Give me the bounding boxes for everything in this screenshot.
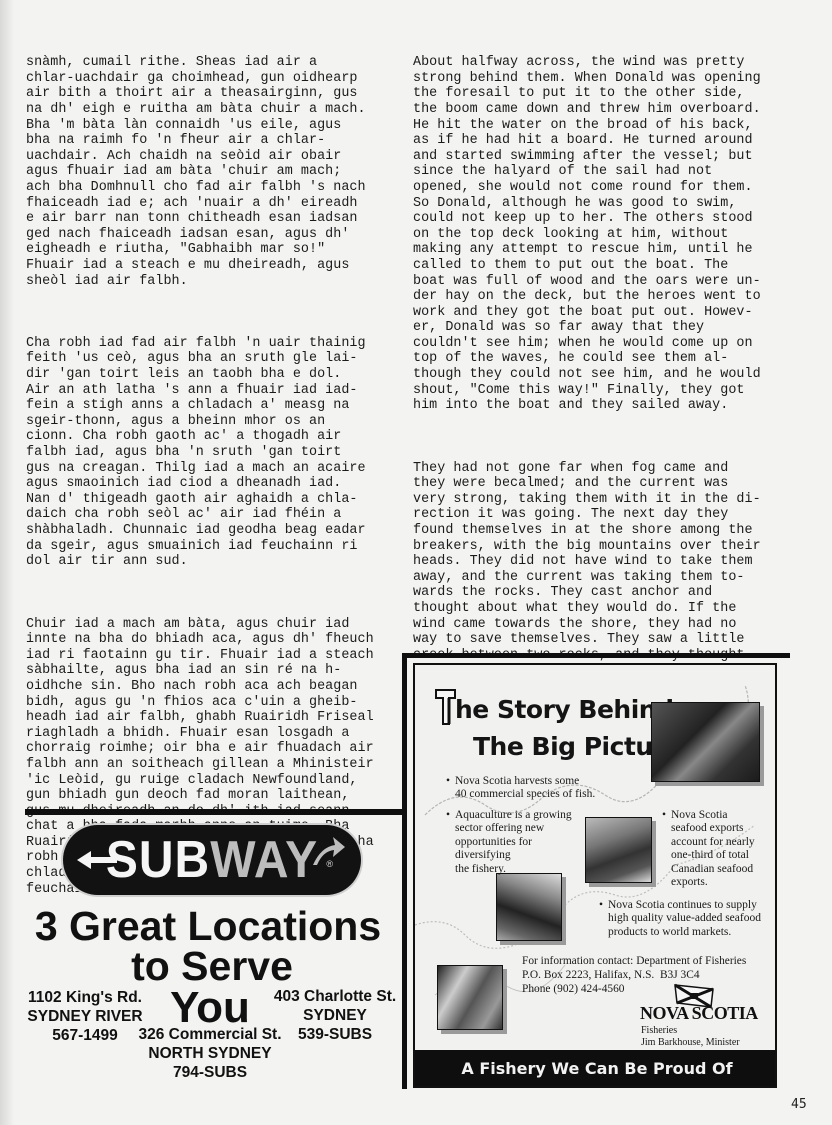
text-line: the boom came down and threw him overboa… bbox=[413, 102, 761, 118]
bullet-exports: •Nova Scotia seafood exports account for… bbox=[671, 809, 755, 889]
text-line: him into the boat and they sailed away. bbox=[413, 398, 761, 414]
text-line: wind came towards the shore, they had no bbox=[413, 617, 761, 633]
gaelic-text-column: snàmh, cumail rithe. Sheas iad air achla… bbox=[26, 24, 374, 928]
title-initial-t bbox=[435, 689, 457, 725]
text-line: Nan d' thigeadh gaoth air aghaidh a chla… bbox=[26, 492, 374, 508]
photo-fish-plant-worker bbox=[437, 965, 503, 1030]
ad-slogan-banner: A Fishery We Can Be Proud Of bbox=[415, 1050, 777, 1086]
text-line: thought about what they would do. If the bbox=[413, 601, 761, 617]
text-line: work and they got the boat put out. Howe… bbox=[413, 305, 761, 321]
ad-title-line-2: The Big Picture bbox=[473, 732, 681, 761]
text-line: innte na bha do bhiadh aca, agus dh' fhe… bbox=[26, 632, 374, 648]
text-line: found themselves in at the shore among t… bbox=[413, 523, 761, 539]
text-line: gus na creagan. Thilg iad a mach an acai… bbox=[26, 461, 374, 477]
text-line: der hay on the deck, but the heroes went… bbox=[413, 289, 761, 305]
paragraph: Cha robh iad fad air falbh 'n uair thain… bbox=[26, 336, 374, 570]
text-line: They had not gone far when fog came and bbox=[413, 461, 761, 477]
text-line: air bith a thoirt air a theasairginn, gu… bbox=[26, 86, 374, 102]
text-line: heads. They did not have wind to take th… bbox=[413, 554, 761, 570]
photo-fishing-boat bbox=[496, 873, 562, 941]
text-line: uachdair. Ach chaidh na seòid air obair bbox=[26, 149, 374, 165]
text-line: very strong, taking them with it in the … bbox=[413, 492, 761, 508]
text-line: er, Donald was so far away that they bbox=[413, 320, 761, 336]
photo-fish-processing bbox=[651, 702, 760, 782]
text-line: sàbhailte, agus bha iad an sin ré na h- bbox=[26, 663, 374, 679]
text-line: and started swimming after the vessel; b… bbox=[413, 149, 761, 165]
text-line: chlar-uachdair ga choimhead, gun oidhear… bbox=[26, 71, 374, 87]
text-line: cionn. Cha robh gaoth ac' a thogadh air bbox=[26, 429, 374, 445]
text-line: e air barr nan tonn chitheadh esan iadsa… bbox=[26, 211, 374, 227]
text-line: dol air tir ann sud. bbox=[26, 554, 374, 570]
text-line: boat was full of wood and the oars were … bbox=[413, 274, 761, 290]
logo-sub: SUB bbox=[106, 831, 210, 888]
text-line: falbh ann an soitheach gillean a Mhinist… bbox=[26, 757, 374, 773]
location-area: SYDNEY bbox=[265, 1006, 405, 1025]
text-line: headh iad air falbh, ghabh Ruairidh Fris… bbox=[26, 710, 374, 726]
location-address: 1102 King's Rd. bbox=[20, 988, 150, 1007]
text-line: dir 'gan toirt leis an taobh bha e dol. bbox=[26, 367, 374, 383]
location-address: 403 Charlotte St. bbox=[265, 987, 405, 1006]
text-line: strong behind them. When Donald was open… bbox=[413, 71, 761, 87]
paragraph: They had not gone far when fog came andt… bbox=[413, 461, 761, 679]
text-line: falbh iad, agus bha 'n sruth 'gan toirt bbox=[26, 445, 374, 461]
text-line: though they could not see him, and he wo… bbox=[413, 367, 761, 383]
text-line: they were becalmed; and the current was bbox=[413, 476, 761, 492]
logo-way: WAY bbox=[210, 831, 318, 888]
subway-logo: SUBWAY ® bbox=[63, 825, 361, 895]
ad-title-line-1: he Story Behind bbox=[455, 695, 674, 724]
text-line: agus smaoinich iad ciod a dheanadh iad. bbox=[26, 476, 374, 492]
text-line: couldn't see him; when he would come up … bbox=[413, 336, 761, 352]
text-line: away, and the current was taking them to… bbox=[413, 570, 761, 586]
text-line: shàbhaladh. Chunnaic iad geodha beag ead… bbox=[26, 523, 374, 539]
text-line: So Donald, although he was good to swim, bbox=[413, 196, 761, 212]
location-address: 326 Commercial St. bbox=[130, 1025, 290, 1044]
nova-scotia-logo: NOVA SCOTIA bbox=[640, 1003, 758, 1024]
text-line: sheòl iad air falbh. bbox=[26, 274, 374, 290]
text-line: 'ic Leòid, gu ruige cladach Newfoundland… bbox=[26, 773, 374, 789]
text-line: making any attempt to rescue him, until … bbox=[413, 242, 761, 258]
bullet-species: •Nova Scotia harvests some 40 commercial… bbox=[455, 775, 595, 802]
text-line: on the top deck looking at him, without bbox=[413, 227, 761, 243]
text-line: chorraig roimhe; oir bha e air fhuadach … bbox=[26, 741, 374, 757]
text-line: could not keep up to her. The others sto… bbox=[413, 211, 761, 227]
text-line: bha na raimh fo 'n fheur air a chlar- bbox=[26, 133, 374, 149]
text-line: He hit the water on the broad of his bac… bbox=[413, 118, 761, 134]
text-line: Cha robh iad fad air falbh 'n uair thain… bbox=[26, 336, 374, 352]
text-line: way to save themselves. They saw a littl… bbox=[413, 632, 761, 648]
text-line: rection it was going. The next day they bbox=[413, 507, 761, 523]
text-line: da sgeir, agus smuainich iad feuchainn r… bbox=[26, 539, 374, 555]
text-line: About halfway across, the wind was prett… bbox=[413, 55, 761, 71]
text-line: the foresail to put it to the other side… bbox=[413, 86, 761, 102]
text-line: gun bhiadh gun deoch fad moran laithean, bbox=[26, 788, 374, 804]
text-line: riaghladh a bhidh. Fhuair esan losgadh a bbox=[26, 726, 374, 742]
location-north-sydney: 326 Commercial St. NORTH SYDNEY 794-SUBS bbox=[130, 1025, 290, 1082]
text-line: fein a stigh anns a chladach a' measg na bbox=[26, 398, 374, 414]
text-line: snàmh, cumail rithe. Sheas iad air a bbox=[26, 55, 374, 71]
text-line: iad ri faotainn gu tir. Fhuair iad a ste… bbox=[26, 648, 374, 664]
text-line: breakers, with the big mountains over th… bbox=[413, 539, 761, 555]
text-line: agus fhuair iad am bàta 'chuir am mach; bbox=[26, 164, 374, 180]
bullet-value-added: •Nova Scotia continues to supply high qu… bbox=[608, 899, 761, 939]
paragraph: snàmh, cumail rithe. Sheas iad air achla… bbox=[26, 55, 374, 289]
photo-aquaculture bbox=[585, 817, 652, 883]
text-line: sgeir-thonn, agus a bheinn mhor os an bbox=[26, 414, 374, 430]
location-area: NORTH SYDNEY bbox=[130, 1044, 290, 1063]
registered-mark: ® bbox=[326, 859, 333, 869]
text-line: as if he had hit a board. He turned arou… bbox=[413, 133, 761, 149]
text-line: fhaiceadh iad e; ach 'nuair a dh' eiread… bbox=[26, 196, 374, 212]
fisheries-advertisement: he Story Behind The Big Picture •Nova Sc… bbox=[413, 663, 777, 1088]
bullet-aquaculture: •Aquaculture is a growing sector offerin… bbox=[455, 809, 572, 876]
text-line: feith 'us ceò, agus bha an sruth gle lai… bbox=[26, 351, 374, 367]
page-number: 45 bbox=[791, 1097, 807, 1112]
text-line: daich cha robh seòl ac' air iad fhéin a bbox=[26, 507, 374, 523]
text-line: ach bha Domhnull cho fad air falbh 's na… bbox=[26, 180, 374, 196]
text-line: oidhche sin. Bho nach robh aca ach beaga… bbox=[26, 679, 374, 695]
location-phone: 794-SUBS bbox=[130, 1063, 290, 1082]
text-line: shout, "Come this way!" Finally, they go… bbox=[413, 383, 761, 399]
text-line: top of the waves, he could see them al- bbox=[413, 351, 761, 367]
text-line: Chuir iad a mach am bàta, agus chuir iad bbox=[26, 617, 374, 633]
text-line: bidh, agus gu 'n fhios aca c'uin a gheib… bbox=[26, 695, 374, 711]
department-minister: Fisheries Jim Barkhouse, Minister bbox=[641, 1025, 740, 1048]
text-line: Bha 'm bàta làn connaidh 'us eile, agus bbox=[26, 118, 374, 134]
text-line: ged nach fhaiceadh iadsan esan, agus dh' bbox=[26, 227, 374, 243]
paragraph: About halfway across, the wind was prett… bbox=[413, 55, 761, 414]
text-line: since the halyard of the sail had not bbox=[413, 164, 761, 180]
text-line: Fhuair iad a steach e mu dheireadh, agus bbox=[26, 258, 374, 274]
text-line: opened, she would not come round for the… bbox=[413, 180, 761, 196]
subway-advertisement: SUBWAY ® 3 Great Locations to Serve You … bbox=[0, 815, 400, 1115]
text-line: wards the rocks. They cast anchor and bbox=[413, 585, 761, 601]
text-line: Air an ath latha 's ann a fhuair iad iad… bbox=[26, 383, 374, 399]
text-line: na dh' eigh e ruitha am bàta chuir a mac… bbox=[26, 102, 374, 118]
location-area: SYDNEY RIVER bbox=[20, 1007, 150, 1026]
text-line: called to them to put out the boat. The bbox=[413, 258, 761, 274]
text-line: eigheadh e riutha, "Gabhaibh mar so!" bbox=[26, 242, 374, 258]
